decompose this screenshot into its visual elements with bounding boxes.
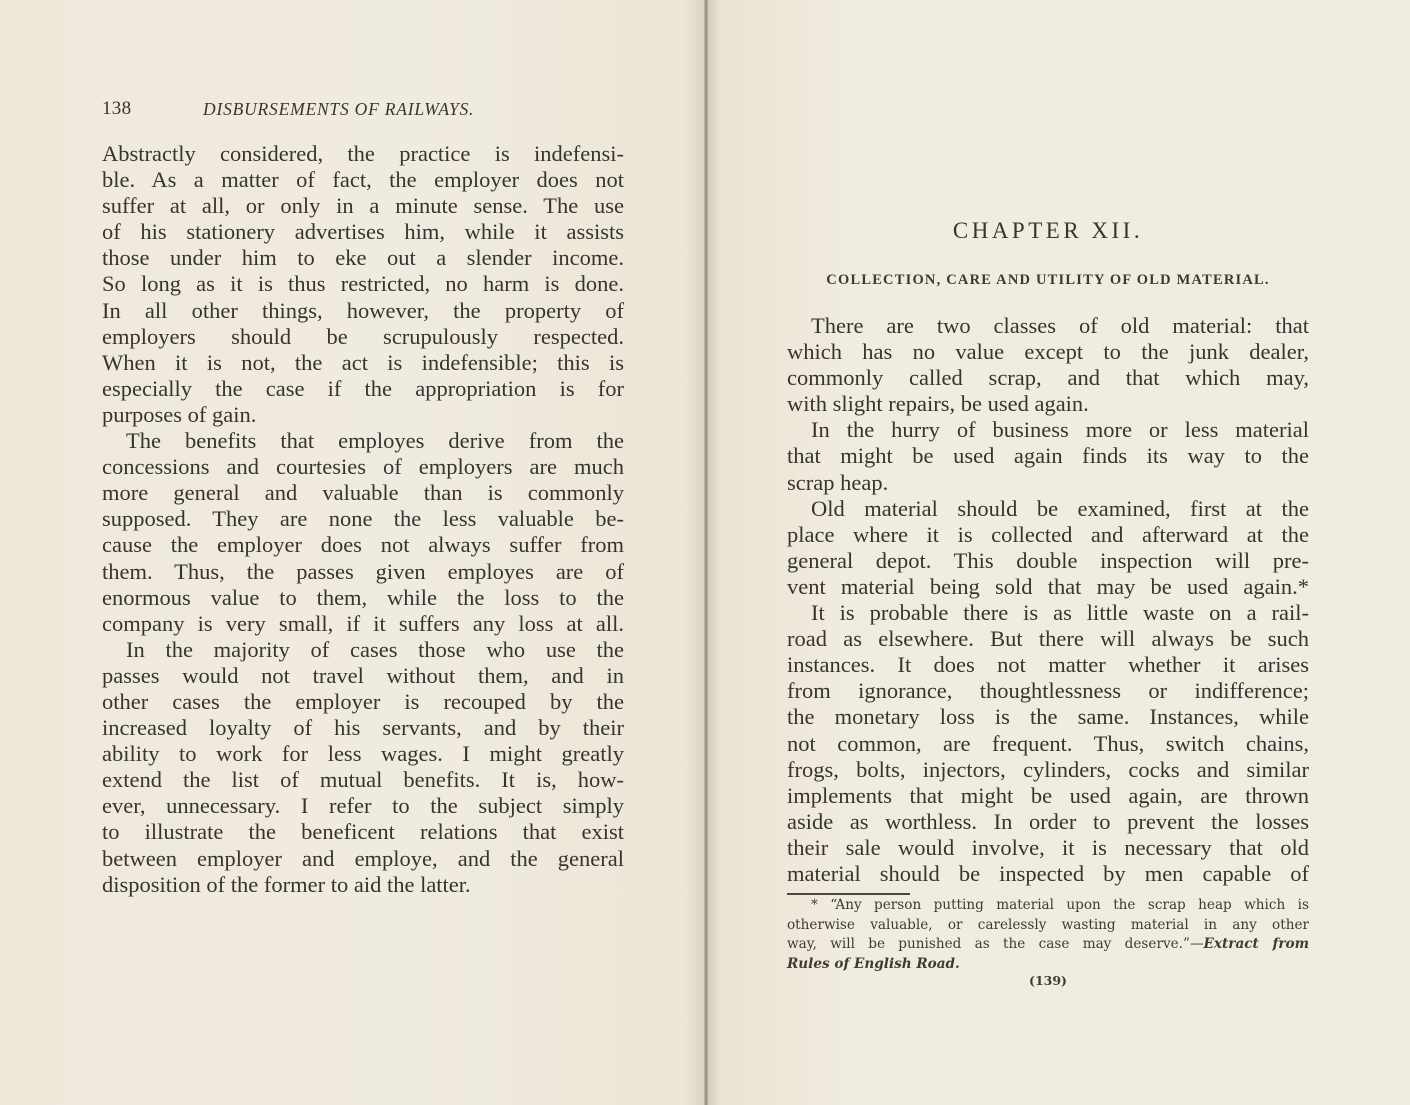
text-line: which has no value except to the junk de… [787,339,1309,365]
paragraph-start: In the hurry of business more or less ma… [787,417,1309,443]
text-line: to illustrate the beneficent relations t… [102,819,624,845]
book-gutter [704,0,708,1105]
page-number-left: 138 [102,98,131,120]
text-line: company is very small, if it suffers any… [102,611,624,637]
text-line: that might be used again finds its way t… [787,443,1309,469]
paragraph-start: There are two classes of old material: t… [787,313,1309,339]
footnote: * “Any person putting material upon the … [787,896,1309,974]
footnote-line: way, will be punished as the case may de… [787,935,1309,955]
footnote-text: way, will be punished as the case may de… [787,936,1204,952]
text-line: between employer and employe, and the ge… [102,846,624,872]
text-line: supposed. They are none the less valuabl… [102,506,624,532]
text-line: their sale would involve, it is necessar… [787,835,1309,861]
text-line: frogs, bolts, injectors, cylinders, cock… [787,757,1309,783]
text-line: cause the employer does not always suffe… [102,532,624,558]
footnote-source-italic: Rules of English Road. [787,956,960,972]
text-line: increased loyalty of his servants, and b… [102,715,624,741]
text-line: them. Thus, the passes given employes ar… [102,559,624,585]
text-line: When it is not, the act is indefensible;… [102,350,624,376]
text-line: employers should be scrupulously respect… [102,324,624,350]
text-line: aside as worthless. In order to prevent … [787,809,1309,835]
footnote-source-italic: Extract from [1204,936,1309,952]
text-line: passes would not travel without them, an… [102,663,624,689]
text-line: especially the case if the appropriation… [102,376,624,402]
left-page-body: Abstractly considered, the practice is i… [102,141,624,898]
paragraph-start: Old material should be examined, first a… [787,496,1309,522]
text-line: ability to work for less wages. I might … [102,741,624,767]
chapter-title: CHAPTER XII. [787,218,1309,244]
paragraph-start: It is probable there is as little waste … [787,600,1309,626]
text-line: Abstractly considered, the practice is i… [102,141,624,167]
text-line: commonly called scrap, and that which ma… [787,365,1309,391]
text-line: So long as it is thus restricted, no har… [102,271,624,297]
text-line: with slight repairs, be used again. [787,391,1309,417]
text-line: those under him to eke out a slender inc… [102,245,624,271]
text-line: ble. As a matter of fact, the employer d… [102,167,624,193]
footnote-rule [787,893,910,895]
text-line: implements that might be used again, are… [787,783,1309,809]
text-line: road as elsewhere. But there will always… [787,626,1309,652]
text-line: general depot. This double inspection wi… [787,548,1309,574]
text-line: more general and valuable than is common… [102,480,624,506]
page-number-right: (139) [787,973,1309,988]
text-line: extend the list of mutual benefits. It i… [102,767,624,793]
text-line: place where it is collected and afterwar… [787,522,1309,548]
chapter-subtitle: COLLECTION, CARE AND UTILITY OF OLD MATE… [787,272,1309,289]
text-line-footnote-ref: vent material being sold that may be use… [787,574,1309,600]
book-spread: 138 DISBURSEMENTS OF RAILWAYS. Abstractl… [0,0,1410,1105]
text-line: material should be inspected by men capa… [787,861,1309,887]
paragraph-start: In the majority of cases those who use t… [102,637,624,663]
footnote-line: otherwise valuable, or carelessly wastin… [787,916,1309,936]
text-line: scrap heap. [787,470,1309,496]
running-head-title: DISBURSEMENTS OF RAILWAYS. [203,99,474,120]
right-page-body: There are two classes of old material: t… [787,313,1309,887]
paragraph-start: The benefits that employes derive from t… [102,428,624,454]
text-line: the monetary loss is the same. Instances… [787,704,1309,730]
text-line: suffer at all, or only in a minute sense… [102,193,624,219]
text-line: instances. It does not matter whether it… [787,652,1309,678]
text-line: disposition of the former to aid the lat… [102,872,624,898]
text-line: not common, are frequent. Thus, switch c… [787,731,1309,757]
footnote-line: * “Any person putting material upon the … [787,896,1309,916]
text-line: In all other things, however, the proper… [102,298,624,324]
text-line: from ignorance, thoughtlessness or indif… [787,678,1309,704]
text-line: of his stationery advertises him, while … [102,219,624,245]
text-line: other cases the employer is recouped by … [102,689,624,715]
text-line: enormous value to them, while the loss t… [102,585,624,611]
text-line: ever, unnecessary. I refer to the subjec… [102,793,624,819]
footnote-line: Rules of English Road. [787,955,1309,975]
text-line: purposes of gain. [102,402,624,428]
text-line: concessions and courtesies of employers … [102,454,624,480]
